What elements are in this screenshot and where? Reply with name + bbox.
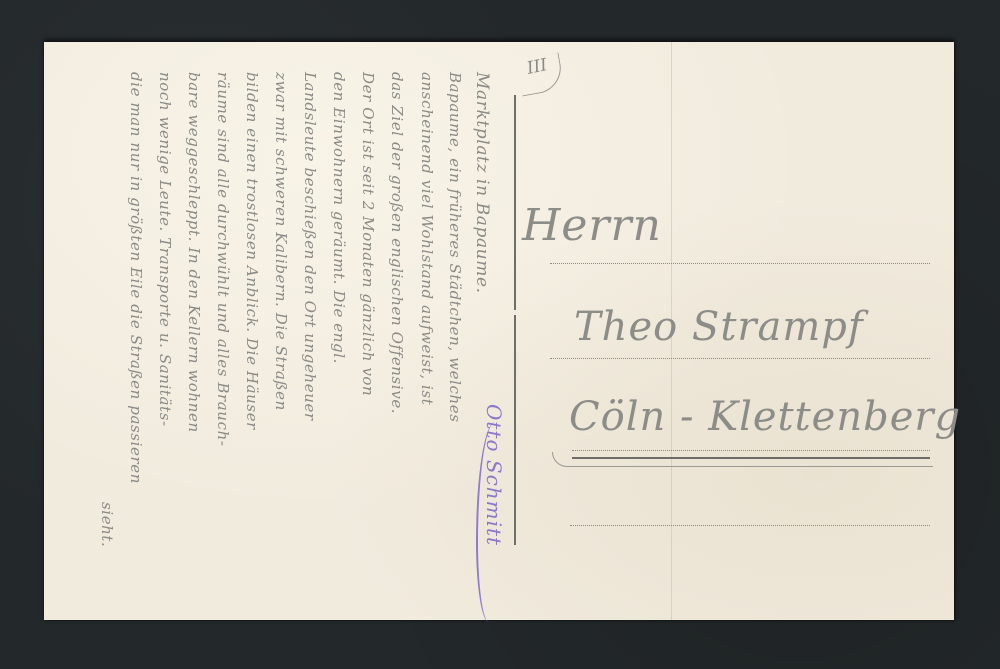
divider-line-top	[514, 95, 516, 310]
message-line: das Ziel der großen englischen Offensive…	[388, 72, 406, 414]
address-line-4	[570, 525, 930, 526]
message-line: bilden einen trostlosen Anblick. Die Häu…	[243, 72, 261, 430]
postcard: III Marktplatz in Bapaume. Bapaume, ein …	[44, 42, 954, 620]
message-line: den Einwohnern geräumt. Die engl.	[330, 72, 348, 364]
message-line: bare weggeschleppt. In den Kellern wohne…	[185, 72, 203, 433]
message-line: zwar mit schweren Kalibern. Die Straßen	[272, 72, 290, 411]
serial-mark: III	[525, 55, 549, 79]
address-line-2	[550, 358, 930, 359]
message-line: die man nur in größten Eile die Straßen …	[127, 72, 145, 484]
signature-flourish	[476, 422, 508, 622]
message-header: Marktplatz in Bapaume.	[472, 72, 492, 294]
address-line-1	[550, 263, 930, 264]
message-line: Bapaume, ein früheres Städtchen, welches	[446, 72, 464, 423]
address-line-3	[572, 450, 930, 451]
message-line: sieht.	[98, 502, 116, 547]
message-line: Der Ort ist seit 2 Monaten gänzlich von	[359, 72, 377, 396]
message-line: Landsleute beschießen den Ort ungeheuer	[301, 72, 319, 421]
message-line: anscheinend viel Wohlstand aufweist, ist	[418, 72, 436, 405]
address-name: Theo Strampf	[574, 304, 864, 350]
pencil-flourish	[552, 452, 933, 467]
message-line: noch wenige Leute. Transporte u. Sanität…	[156, 72, 174, 427]
message-line: räume sind alle durchwühlt und alles Bra…	[214, 72, 232, 447]
address-salutation: Herrn	[522, 200, 662, 251]
address-city: Cöln - Klettenberg	[569, 394, 961, 440]
divider-line-bottom	[514, 315, 516, 545]
